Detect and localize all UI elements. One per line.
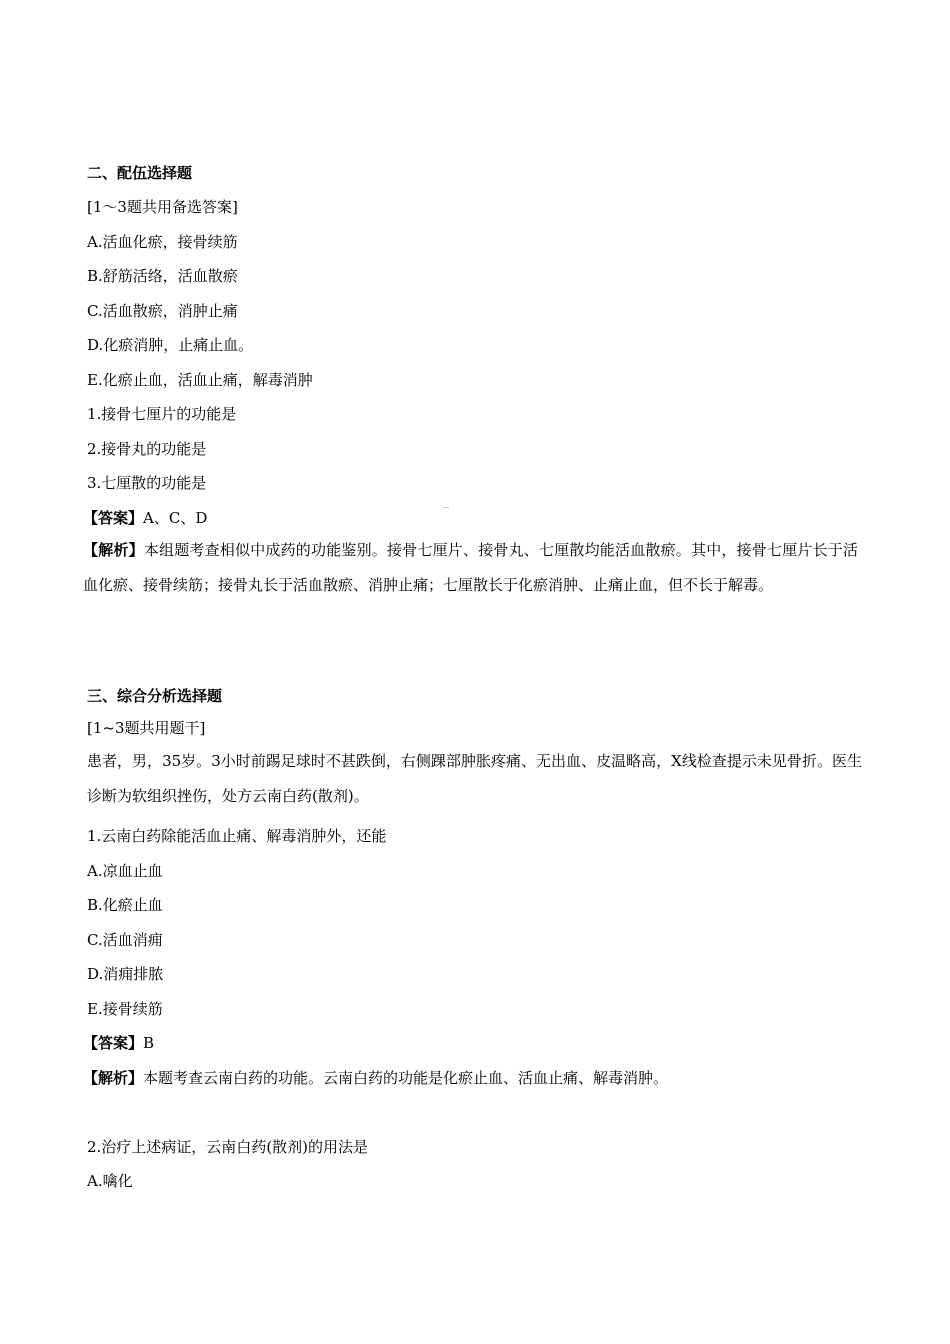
- question-1: 1.云南白药除能活血止痛、解毒消肿外，还能: [87, 826, 386, 846]
- option-e: E.化瘀止血，活血止痛，解毒消肿: [87, 370, 313, 390]
- option-a: A.活血化瘀，接骨续筋: [87, 232, 238, 252]
- shared-note: [1～3题共用备选答案]: [87, 197, 238, 217]
- analysis-text: 本题考查云南白药的功能。云南白药的功能是化瘀止血、活血止痛、解毒消肿。: [143, 1069, 668, 1087]
- analysis-label: 【解析】: [83, 541, 144, 559]
- option-c: C.活血消痈: [87, 930, 163, 950]
- stray-mark: [443, 507, 449, 508]
- question-1: 1.接骨七厘片的功能是: [87, 404, 236, 424]
- option-e: E.接骨续筋: [87, 999, 163, 1019]
- question-2: 2.治疗上述病证，云南白药(散剂)的用法是: [87, 1137, 368, 1157]
- answer: 【答案】A、C、D: [83, 508, 207, 528]
- answer-value: A、C、D: [143, 509, 207, 527]
- option-b: B.化瘀止血: [87, 895, 163, 915]
- case-stem: 患者，男，35岁。3小时前踢足球时不甚跌倒，右侧踝部肿胀疼痛、无出血、皮温略高，…: [87, 744, 862, 813]
- option-d: D.化瘀消肿，止痛止血。: [87, 335, 253, 355]
- answer-label: 【答案】: [83, 509, 143, 527]
- option-b: B.舒筋活络，活血散瘀: [87, 266, 238, 286]
- answer-label: 【答案】: [83, 1034, 143, 1052]
- option-d: D.消痈排脓: [87, 964, 163, 984]
- analysis-text: 本组题考查相似中成药的功能鉴别。接骨七厘片、接骨丸、七厘散均能活血散瘀。其中，接…: [83, 541, 858, 594]
- section-heading: 二、配伍选择题: [87, 163, 192, 183]
- option-a: A.凉血止血: [87, 861, 163, 881]
- analysis: 【解析】本组题考查相似中成药的功能鉴别。接骨七厘片、接骨丸、七厘散均能活血散瘀。…: [83, 533, 858, 602]
- answer-value: B: [143, 1034, 154, 1052]
- option-a: A.噙化: [87, 1171, 133, 1191]
- question-2: 2.接骨丸的功能是: [87, 439, 206, 459]
- shared-note: [1~3题共用题干]: [87, 718, 205, 738]
- answer: 【答案】B: [83, 1033, 154, 1053]
- section-heading: 三、综合分析选择题: [87, 686, 222, 706]
- analysis: 【解析】本题考查云南白药的功能。云南白药的功能是化瘀止血、活血止痛、解毒消肿。: [83, 1068, 668, 1088]
- option-c: C.活血散瘀，消肿止痛: [87, 301, 238, 321]
- question-3: 3.七厘散的功能是: [87, 473, 206, 493]
- analysis-label: 【解析】: [83, 1069, 143, 1087]
